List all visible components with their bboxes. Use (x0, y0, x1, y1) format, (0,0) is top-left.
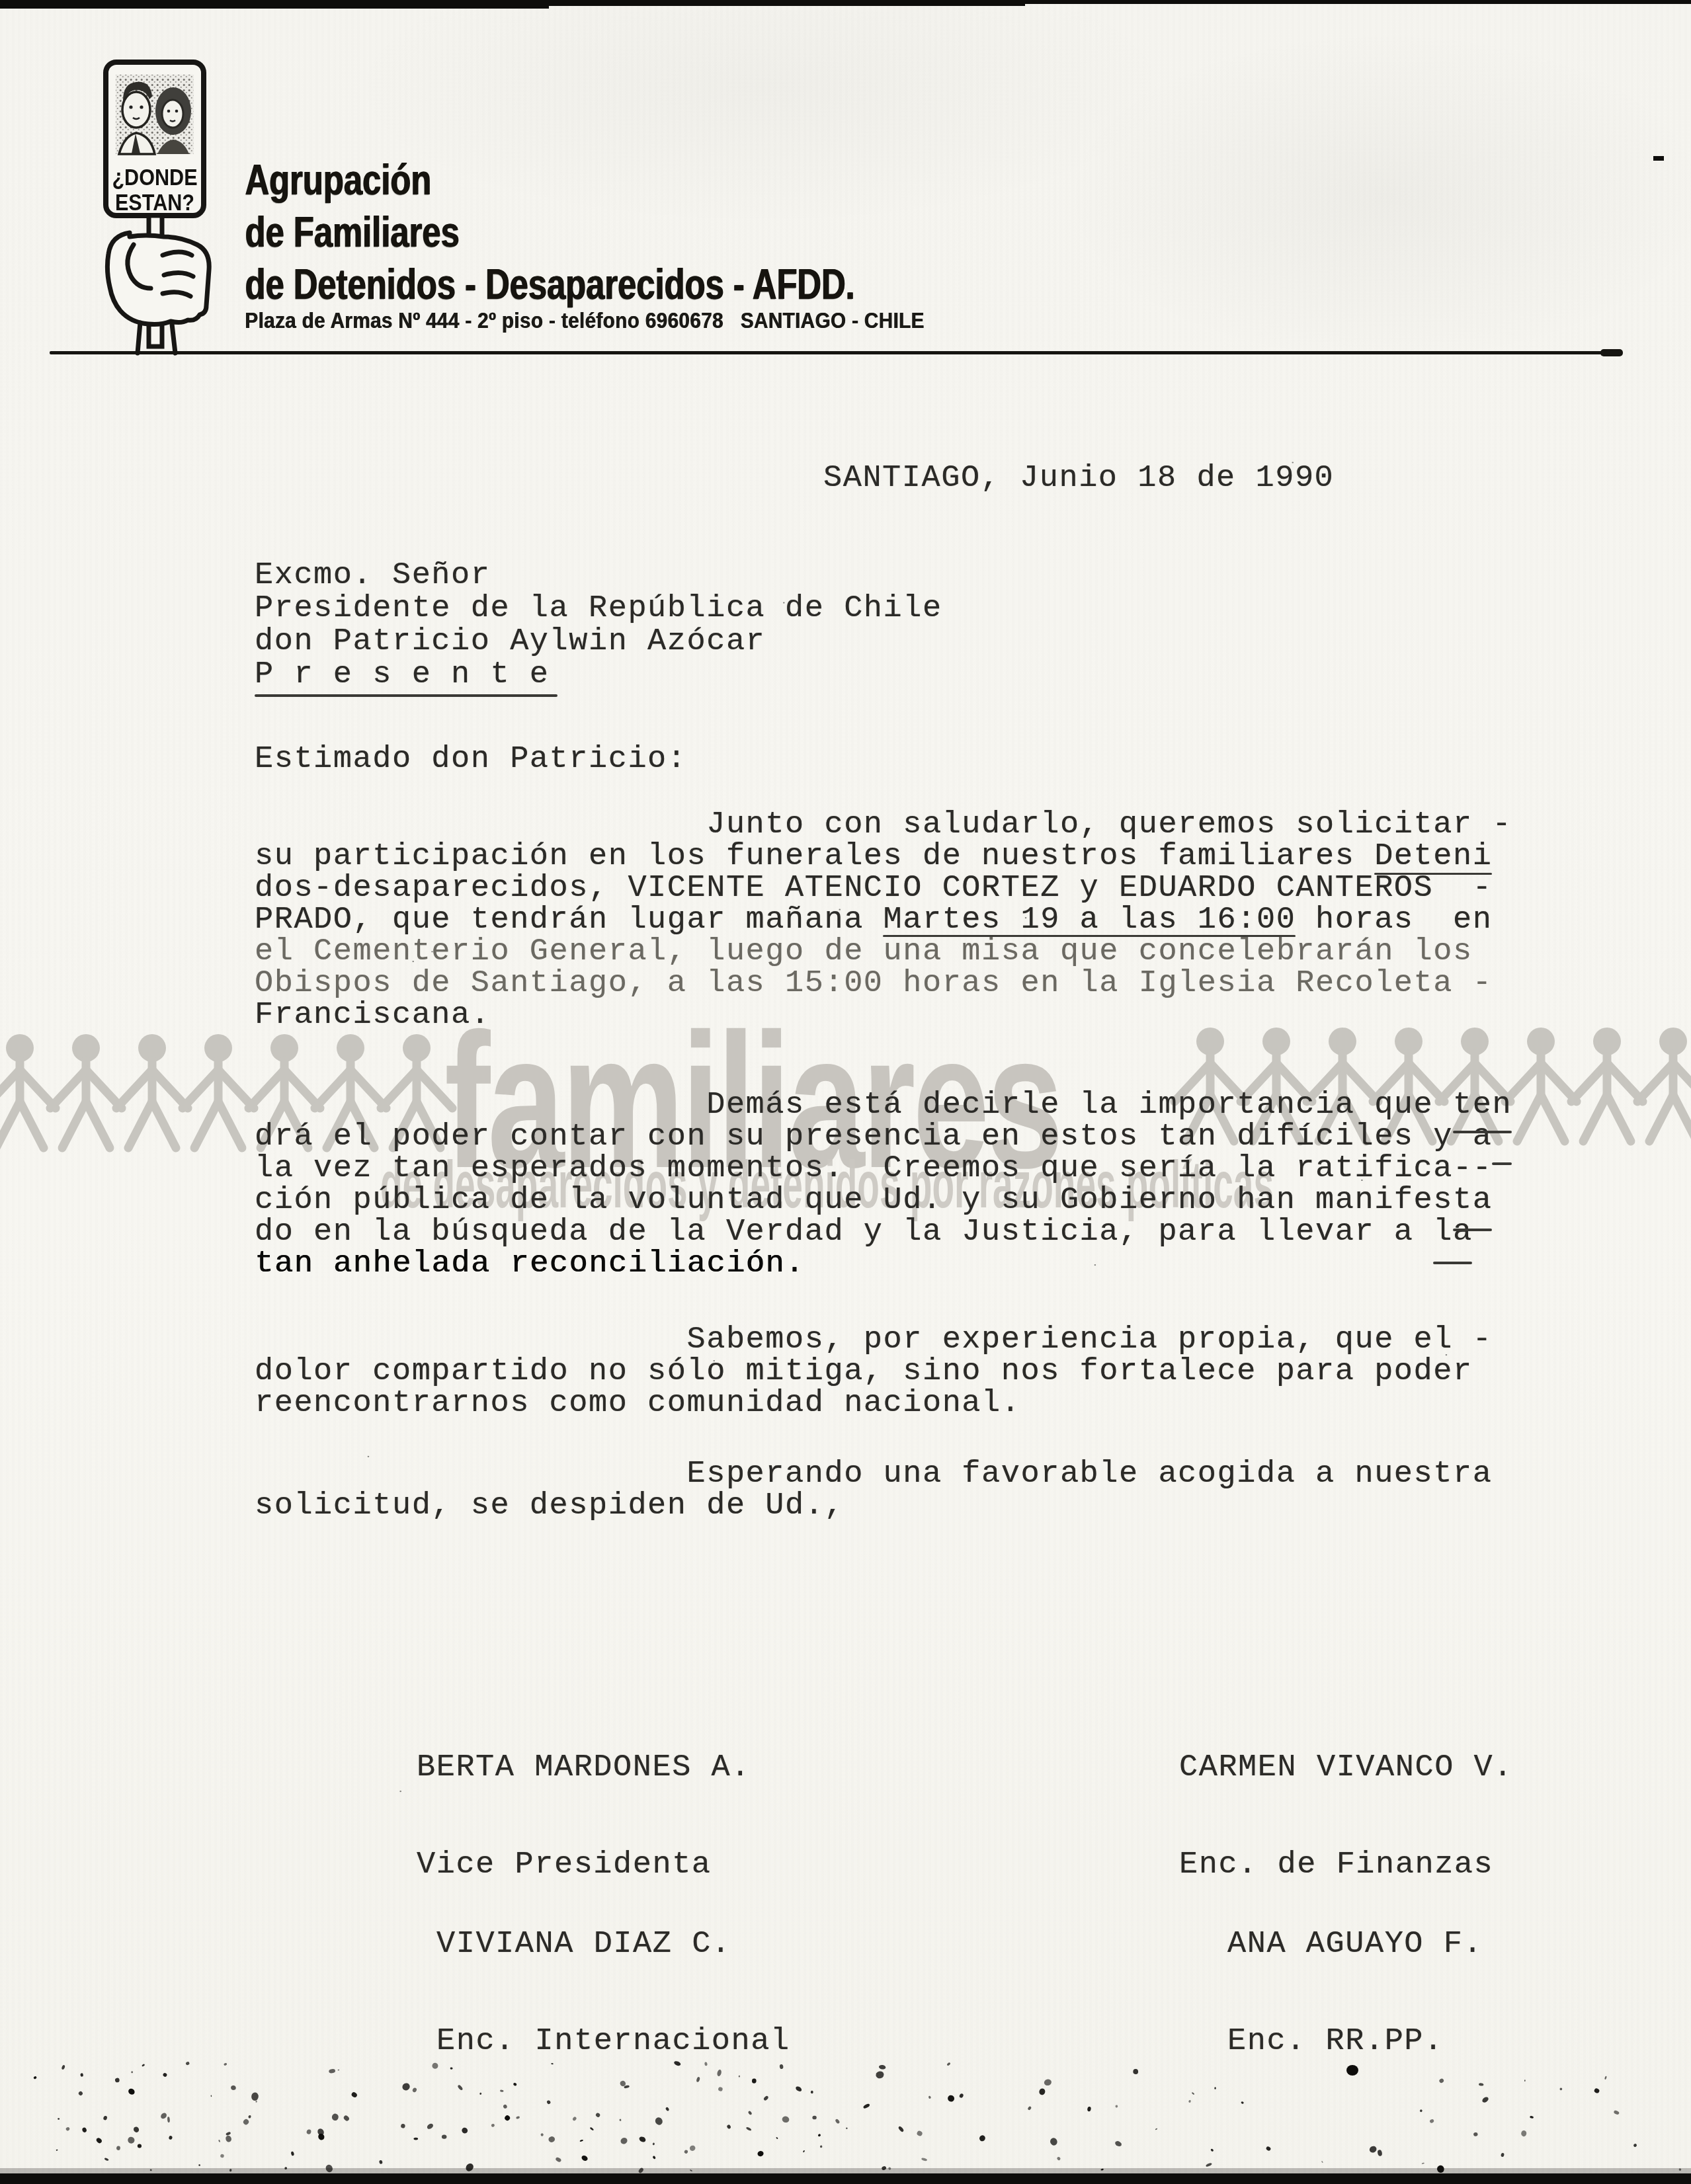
typewriter-line: de Detenidos - Desaparecidos - AFDD. (245, 258, 854, 310)
typewriter-line: Esperando una favorable acogida a nuestr… (255, 1459, 1492, 1490)
letterhead-rule-end (1600, 349, 1623, 356)
typewriter-line: Sabemos, por experiencia propia, que el … (255, 1324, 1492, 1356)
typewriter-line: Franciscana. (255, 1000, 1512, 1031)
typewriter-line: ción pública de la voluntad que Ud. y su… (255, 1185, 1512, 1217)
signature-name: ANA AGUAYO F. (1227, 1928, 1483, 1961)
typewriter-line: de Familiares (245, 206, 854, 258)
typewriter-line: Agrupación (245, 153, 854, 206)
signature-viviana-diaz: VIVIANA DIAZ C. Enc. Internacional (436, 1863, 790, 2123)
underline-deteni (1374, 873, 1492, 875)
underline-a (1492, 1162, 1512, 1165)
typewriter-line: Demás está decirle la importancia que te… (255, 1090, 1512, 1121)
typewriter-line: do en la búsqueda de la Verdad y la Just… (255, 1217, 1512, 1248)
presente-underline (255, 694, 557, 697)
typewriter-line: el Cementerio General, luego de una misa… (255, 936, 1512, 968)
typewriter-line: dolor compartido no sólo mitiga, sino no… (255, 1356, 1492, 1388)
typewriter-line: drá el poder contar con su presencia en … (255, 1121, 1512, 1153)
typewriter-line: P r e s e n t e (255, 659, 942, 692)
date-line: SANTIAGO, Junio 18 de 1990 (823, 463, 1334, 495)
paragraph-3: Sabemos, por experiencia propia, que el … (255, 1324, 1492, 1420)
typewriter-line: solicitud, se despiden de Ud., (255, 1490, 1492, 1522)
org-address: Plaza de Armas Nº 444 - 2º piso - teléfo… (245, 308, 924, 333)
logo-sign-text-line1: ¿DONDE (112, 165, 197, 191)
typewriter-line: don Patricio Aylwin Azócar (255, 626, 942, 659)
underline-martes (883, 935, 1296, 937)
paragraph-4: Esperando una favorable acogida a nuestr… (255, 1459, 1492, 1522)
underline-ta (1453, 1229, 1492, 1231)
underline-la (1433, 1262, 1472, 1264)
typewriter-line: Obispos de Santiago, a las 15:00 horas e… (255, 968, 1512, 1000)
typewriter-line: tan anhelada reconciliación. (255, 1248, 1512, 1280)
typewriter-line: reencontrarnos como comunidad nacional. (255, 1388, 1492, 1420)
typewriter-line: dos-desaparecidos, VICENTE ATENCIO CORTE… (255, 873, 1512, 905)
letterhead-rule (50, 351, 1612, 354)
typewriter-line: Presidente de la República de Chile (255, 592, 942, 626)
logo-man-face (119, 82, 155, 154)
signature-name: CARMEN VIVANCO V. (1179, 1752, 1513, 1784)
afdd-logo: ¿DONDE ESTAN? (98, 57, 233, 356)
typewriter-line: PRADO, que tendrán lugar mañana Martes 1… (255, 905, 1512, 936)
logo-sign-text-line2: ESTAN? (115, 190, 194, 216)
paragraph-1: Junto con saludarlo, queremos solicitar … (255, 809, 1512, 1031)
scanned-letter-page: familiares de desaparecidos y detenidos … (0, 0, 1691, 2184)
typewriter-line: la vez tan esperados momentos. Creemos q… (255, 1153, 1512, 1185)
salutation: Estimado don Patricio: (255, 744, 687, 776)
signature-title: Enc. Internacional (436, 2025, 790, 2058)
signature-ana-aguayo: ANA AGUAYO F. Enc. RR.PP. (1227, 1863, 1483, 2123)
underline-ten (1453, 1131, 1512, 1133)
typewriter-line: Excmo. Señor (255, 559, 942, 592)
typewriter-line: Junto con saludarlo, queremos solicitar … (255, 809, 1512, 841)
signature-title: Enc. RR.PP. (1227, 2025, 1483, 2058)
recipient-block: Excmo. SeñorPresidente de la República d… (255, 559, 942, 692)
signature-name: VIVIANA DIAZ C. (436, 1928, 790, 1961)
signature-name: BERTA MARDONES A. (417, 1752, 751, 1784)
org-name: Agrupaciónde Familiaresde Detenidos - De… (245, 153, 854, 310)
paragraph-2: Demás está decirle la importancia que te… (255, 1090, 1512, 1280)
typewriter-line: su participación en los funerales de nue… (255, 841, 1512, 873)
